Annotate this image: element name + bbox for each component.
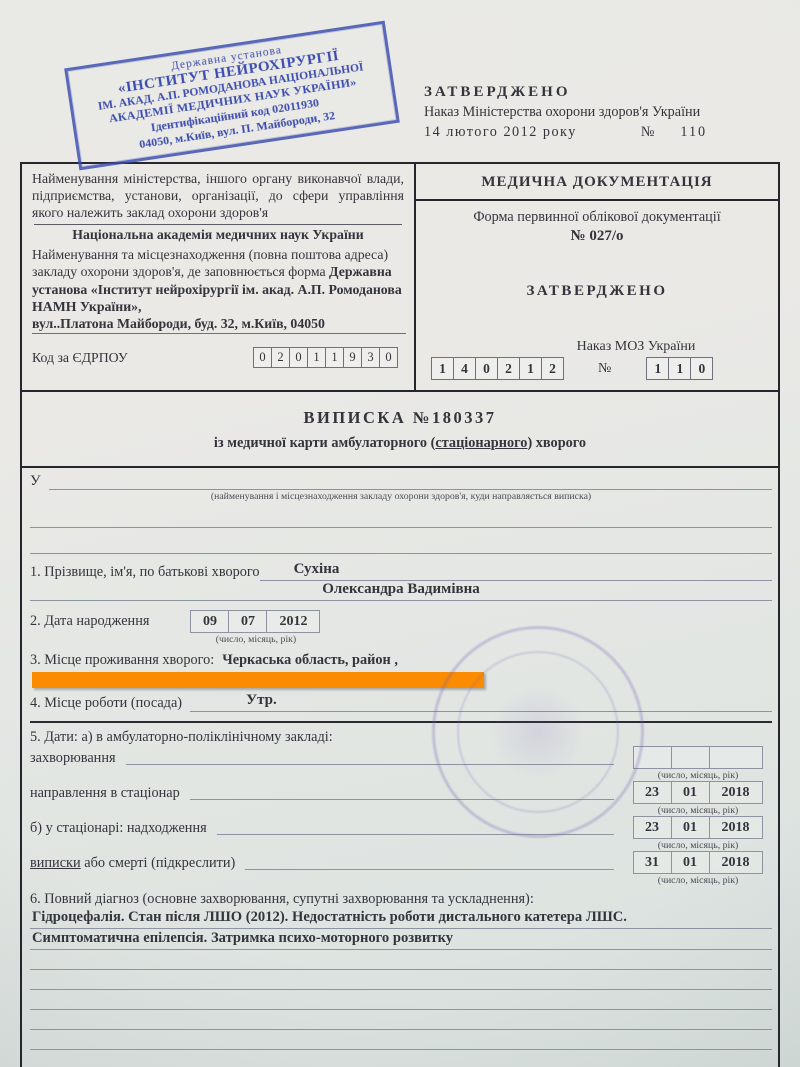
date-boxes: 09 07 2012 — [191, 610, 320, 633]
meddoc-form-number: № 027/о — [416, 228, 778, 245]
date-year: 2018 — [709, 781, 763, 804]
birth-date-boxes: 09 07 2012 (число, місяць, рік) — [191, 610, 320, 645]
blank-ruled-line — [30, 502, 772, 528]
extract-subtitle: із медичної карти амбулаторного (стаціон… — [22, 435, 778, 452]
order-date-digit: 2 — [541, 357, 564, 380]
section-divider — [30, 721, 772, 723]
order-date-digit: 1 — [519, 357, 542, 380]
facility-paragraph: Найменування та місцезнаходження (повна … — [32, 246, 404, 314]
date-group: 23 01 2018 (число, місяць, рік) — [624, 781, 772, 816]
date-row-admission: б) у стаціонарі: надходження 23 01 2018 … — [30, 816, 772, 851]
edrpou-digit: 1 — [307, 347, 326, 368]
date-caption: (число, місяць, рік) — [624, 875, 772, 886]
meddoc-order-boxes-row: 1 4 0 2 1 2 № 1 1 0 — [416, 355, 778, 390]
meddoc-order: Наказ МОЗ України — [416, 339, 778, 355]
edrpou-digit: 2 — [271, 347, 290, 368]
form-body: Найменування міністерства, іншого органу… — [20, 162, 780, 1067]
row-label: захворювання — [30, 750, 116, 781]
field1-label: 1. Прізвище, ім'я, по батькові хворого — [30, 564, 260, 581]
approval-number: 110 — [680, 124, 707, 141]
ministry-descriptor: Найменування міністерства, іншого органу… — [32, 170, 404, 221]
date-group: 31 01 2018 (число, місяць, рік) — [624, 851, 772, 886]
blank-ruled-line — [30, 970, 772, 990]
order-date-digit: 2 — [497, 357, 520, 380]
approval-order: Наказ Міністерства охорони здоров'я Укра… — [424, 104, 784, 121]
date-month: 01 — [671, 851, 710, 874]
date-caption: (число, місяць, рік) — [624, 770, 772, 781]
order-number-boxes: 1 1 0 — [647, 357, 713, 380]
order-number-digit: 0 — [690, 357, 713, 380]
edrpou-digit: 1 — [325, 347, 344, 368]
order-date-digit: 4 — [453, 357, 476, 380]
date-day: 09 — [190, 610, 229, 633]
blank-line — [245, 859, 614, 870]
date-caption: (число, місяць, рік) — [624, 840, 772, 851]
edrpou-digit: 0 — [289, 347, 308, 368]
order-date-boxes: 1 4 0 2 1 2 — [432, 357, 564, 380]
meddoc-form-caption: Форма первинної облікової документації — [416, 209, 778, 226]
date-group: 23 01 2018 (число, місяць, рік) — [624, 816, 772, 851]
ministry-org-name: Національна академія медичних наук Украї… — [34, 224, 402, 243]
order-number-digit: 1 — [646, 357, 669, 380]
blank-ruled-line — [30, 950, 772, 970]
row-label: направлення в стаціонар — [30, 785, 180, 816]
date-boxes: 23 01 2018 — [624, 781, 772, 804]
field-residence: 3. Місце проживання хворого:Черкаська об… — [30, 652, 772, 688]
addressee-blank-line — [49, 472, 772, 490]
field1-given-names: Олександра Вадимівна — [30, 581, 772, 601]
date-day: 23 — [633, 781, 672, 804]
addressee-prefix: У — [30, 473, 41, 490]
row-label: б) у стаціонарі: надходження — [30, 820, 207, 851]
blank-ruled-line — [30, 1050, 772, 1067]
date-boxes: 23 01 2018 — [624, 816, 772, 839]
field-birth-date: 2. Дата народження 09 07 2012 (число, мі… — [30, 610, 772, 645]
number-sign: № — [598, 361, 611, 377]
meddoc-title: МЕДИЧНА ДОКУМЕНТАЦІЯ — [416, 164, 778, 201]
edrpou-digit: 9 — [343, 347, 362, 368]
number-sign: № — [641, 124, 655, 141]
blank-ruled-line — [30, 1010, 772, 1030]
extract-subtitle-underlined: стаціонарного — [435, 435, 527, 451]
edrpou-digit: 3 — [361, 347, 380, 368]
field-workplace: 4. Місце роботи (посада) Утр. — [30, 692, 772, 712]
approval-title: ЗАТВЕРДЖЕНО — [424, 84, 784, 101]
extract-subtitle-pre: із медичної карти амбулаторного ( — [214, 435, 435, 451]
approval-date-row: 14 лютого 2012 року № 110 — [424, 124, 784, 141]
date-boxes — [624, 746, 772, 769]
date-year — [709, 746, 763, 769]
date-group: (число, місяць, рік) — [624, 746, 772, 781]
date-row-illness: захворювання (число, місяць, рік) — [30, 746, 772, 781]
diagnosis-line-2: Симптоматична епілепсія. Затримка психо-… — [30, 929, 772, 950]
field4-label: 4. Місце роботи (посада) — [30, 695, 182, 712]
blank-line — [217, 824, 614, 835]
field5-label: 5. Дати: а) в амбулаторно-поліклінічному… — [30, 729, 772, 746]
approval-header: ЗАТВЕРДЖЕНО Наказ Міністерства охорони з… — [424, 84, 784, 141]
form-content: У (найменування і місцезнаходження закла… — [22, 468, 778, 1067]
meddoc-cell: МЕДИЧНА ДОКУМЕНТАЦІЯ Форма первинної обл… — [416, 164, 778, 390]
date-year: 2018 — [709, 816, 763, 839]
extract-title: ВИПИСКА №180337 — [22, 408, 778, 428]
blank-ruled-line — [30, 990, 772, 1010]
facility-address: вул..Платона Майбороди, буд. 32, м.Київ,… — [32, 315, 406, 334]
extract-subtitle-post: ) хворого — [527, 435, 586, 451]
field-dates: 5. Дати: а) в амбулаторно-поліклінічному… — [30, 729, 772, 886]
order-number-digit: 1 — [668, 357, 691, 380]
date-row-referral: направлення в стаціонар 23 01 2018 (числ… — [30, 781, 772, 816]
edrpou-code-boxes: 0 2 0 1 1 9 3 0 — [254, 347, 398, 368]
edrpou-row: Код за ЄДРПОУ 0 2 0 1 1 9 3 0 — [32, 347, 404, 368]
order-date-digit: 0 — [475, 357, 498, 380]
blank-ruled-line — [30, 528, 772, 554]
date-boxes: 31 01 2018 — [624, 851, 772, 874]
row-label-rest: або смерті (підкреслити) — [81, 855, 236, 871]
approval-date: 14 лютого 2012 року — [424, 124, 577, 141]
meddoc-approved: ЗАТВЕРДЖЕНО — [416, 283, 778, 300]
field3-value: Черкаська область, район , — [222, 652, 398, 668]
blank-ruled-line — [30, 1030, 772, 1050]
date-month: 01 — [671, 781, 710, 804]
date-caption: (число, місяць, рік) — [624, 805, 772, 816]
row-label-underlined: виписки — [30, 855, 81, 871]
date-day — [633, 746, 672, 769]
field3-label: 3. Місце проживання хворого: — [30, 652, 214, 668]
row-label: виписки або смерті (підкреслити) — [30, 855, 235, 886]
date-month: 07 — [228, 610, 267, 633]
date-row-discharge: виписки або смерті (підкреслити) 31 01 2… — [30, 851, 772, 886]
blank-line — [190, 789, 614, 800]
edrpou-digit: 0 — [379, 347, 398, 368]
diagnosis-line-1: Гідроцефалія. Стан після ЛШО (2012). Нед… — [30, 908, 772, 929]
extract-title-section: ВИПИСКА №180337 із медичної карти амбула… — [22, 392, 778, 468]
redaction-bar — [32, 672, 484, 688]
header-table: Найменування міністерства, іншого органу… — [22, 164, 778, 392]
institution-stamp: Державна установа «ІНСТИТУТ НЕЙРОХІРУРГІ… — [64, 21, 400, 171]
addressee-caption: (найменування і місцезнаходження закладу… — [30, 491, 772, 502]
edrpou-label: Код за ЄДРПОУ — [32, 349, 128, 366]
field6-label: 6. Повний діагноз (основне захворювання,… — [30, 891, 772, 908]
order-date-digit: 1 — [431, 357, 454, 380]
scanned-medical-extract-form: Державна установа «ІНСТИТУТ НЕЙРОХІРУРГІ… — [0, 0, 800, 1067]
addressee-row: У — [30, 468, 772, 490]
date-year: 2012 — [266, 610, 320, 633]
date-month: 01 — [671, 816, 710, 839]
date-month — [671, 746, 710, 769]
field2-label: 2. Дата народження — [30, 610, 149, 645]
date-day: 23 — [633, 816, 672, 839]
blank-line — [126, 754, 614, 765]
ministry-cell: Найменування міністерства, іншого органу… — [22, 164, 416, 390]
field4-value: Утр. — [190, 692, 772, 712]
date-day: 31 — [633, 851, 672, 874]
field1-surname: Сухіна — [260, 561, 772, 581]
edrpou-digit: 0 — [253, 347, 272, 368]
field-patient-name: 1. Прізвище, ім'я, по батькові хворого С… — [30, 561, 772, 581]
date-caption: (число, місяць, рік) — [191, 634, 320, 645]
date-year: 2018 — [709, 851, 763, 874]
field-diagnosis: 6. Повний діагноз (основне захворювання,… — [30, 891, 772, 1067]
